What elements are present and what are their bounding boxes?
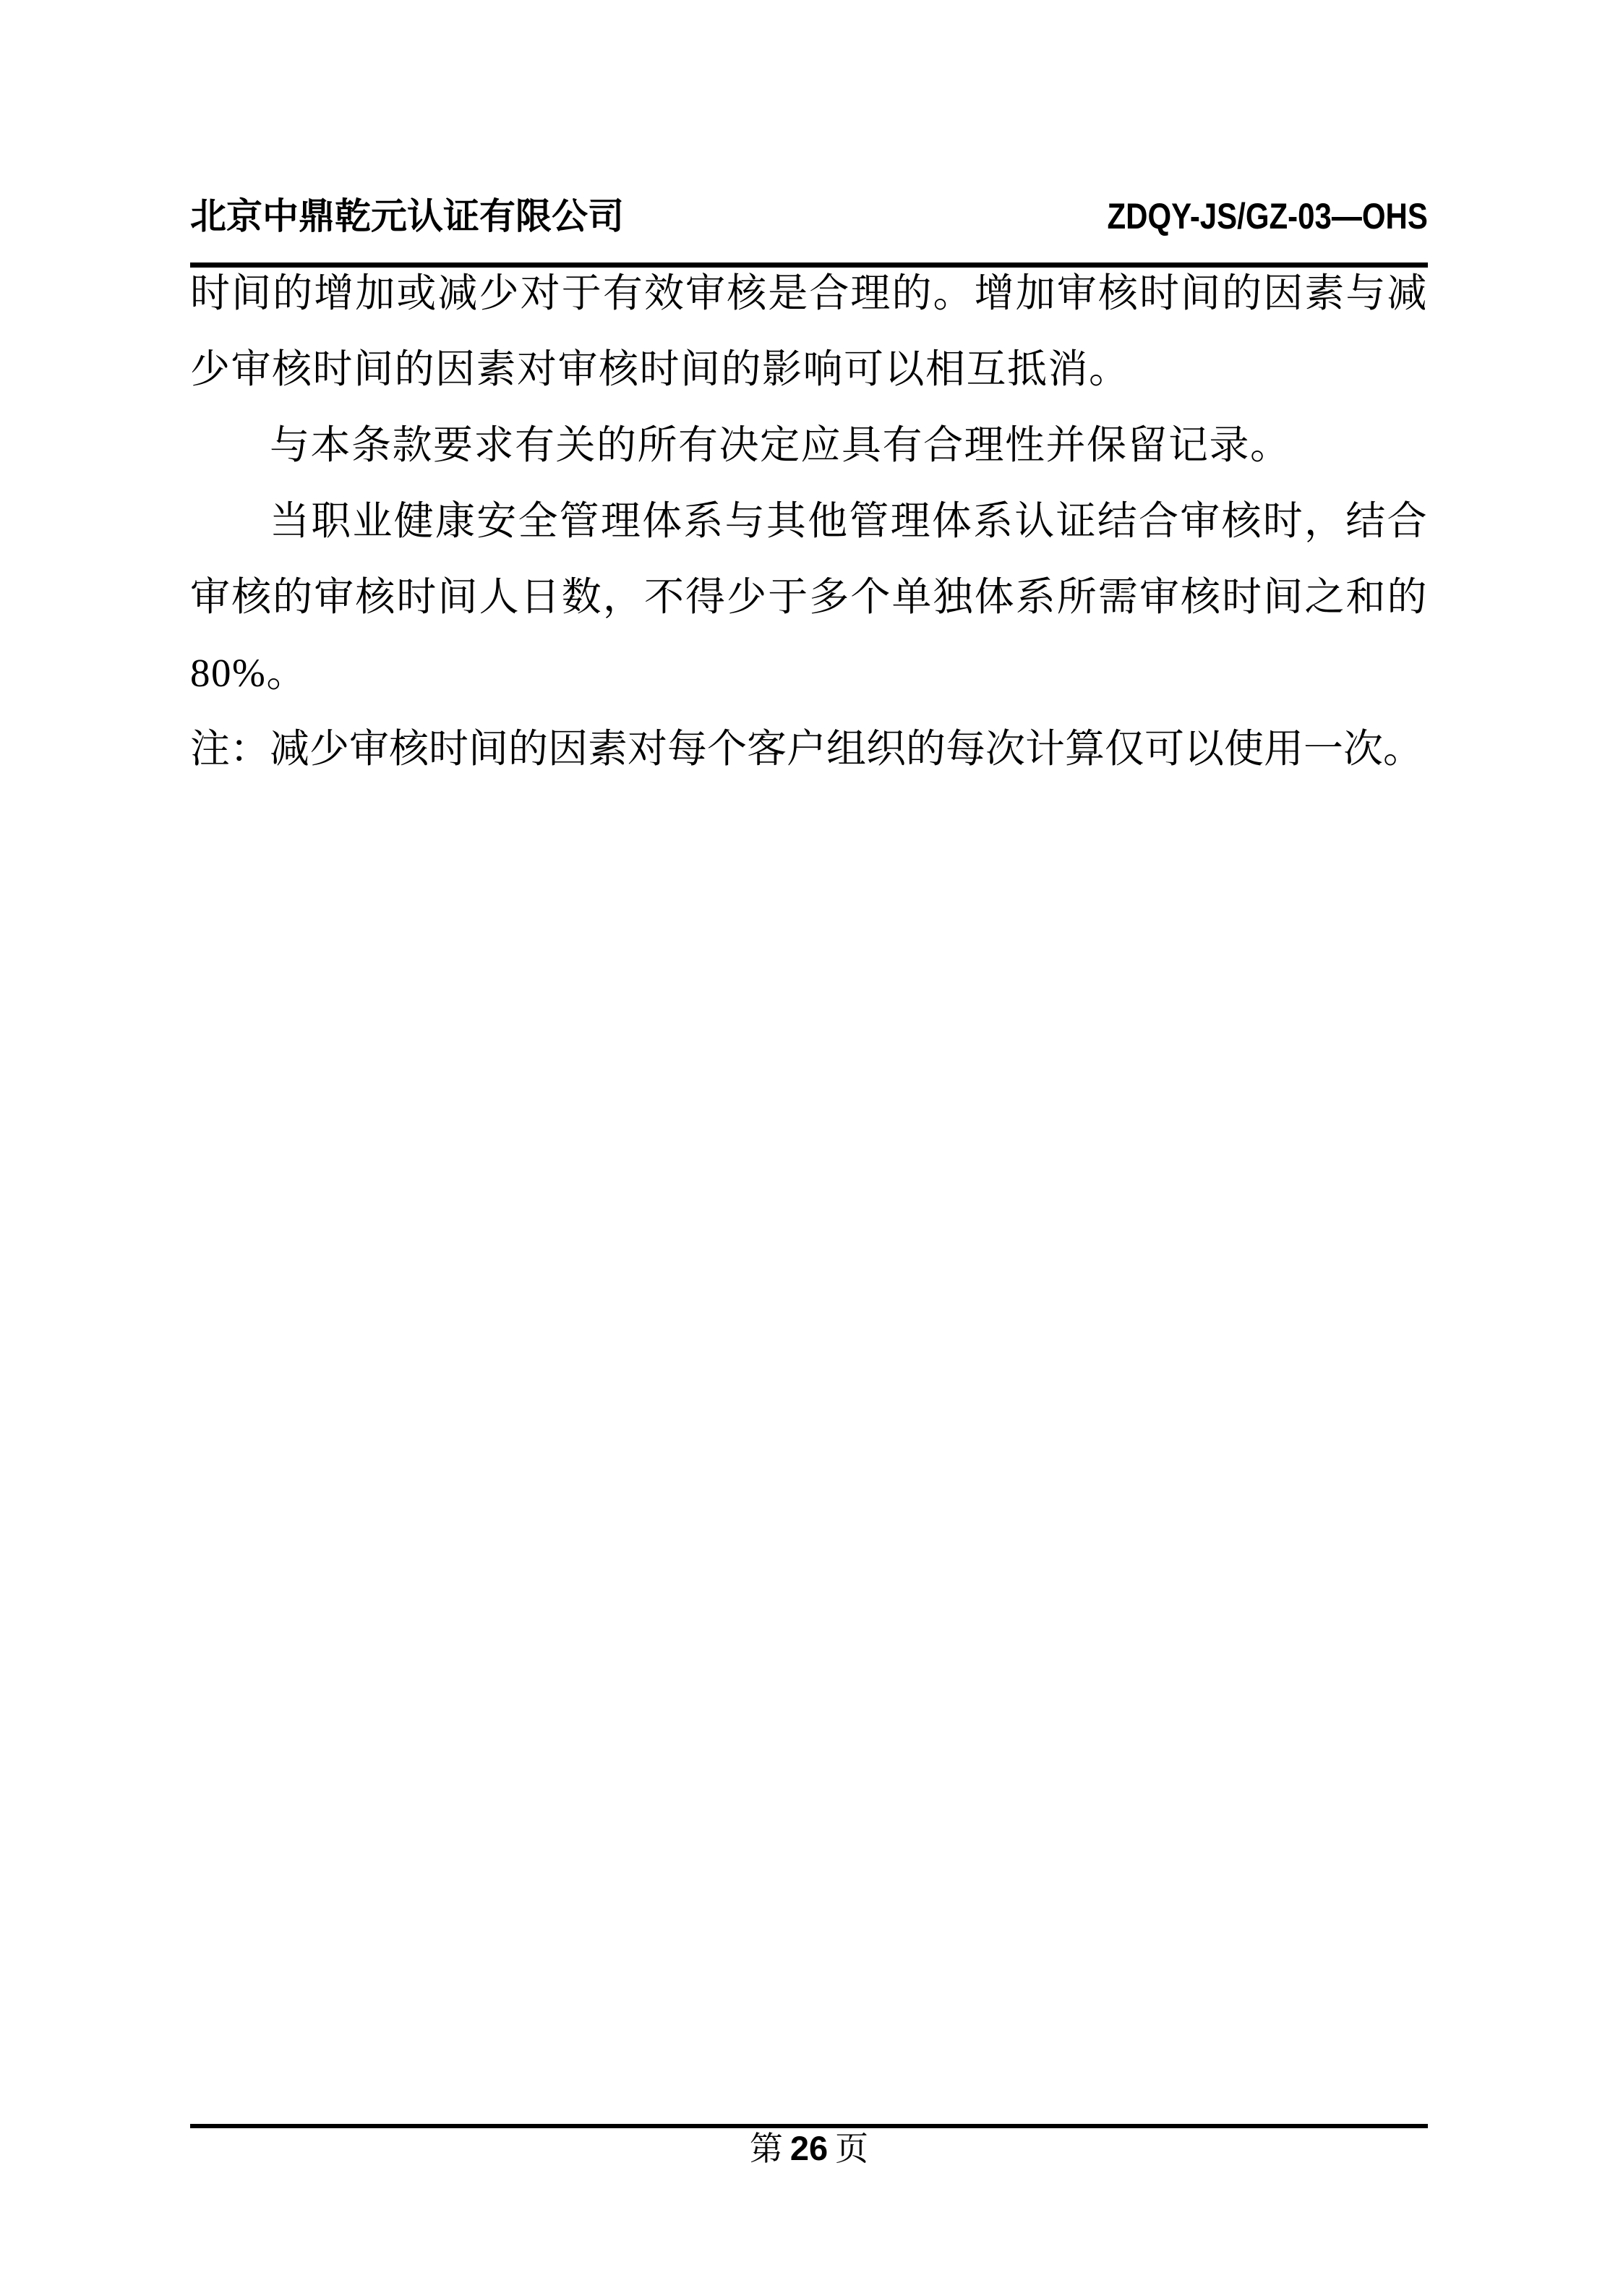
document-page: 北京中鼎乾元认证有限公司 ZDQY-JS/GZ-03—OHS 时间的增加或减少对… [0,0,1618,2296]
body-paragraph: 时间的增加或减少对于有效审核是合理的。增加审核时间的因素与减少审核时间的因素对审… [190,255,1428,407]
document-code: ZDQY-JS/GZ-03—OHS [1108,195,1428,237]
body-paragraph-note: 注：减少审核时间的因素对每个客户组织的每次计算仅可以使用一次。 [190,711,1428,787]
document-body: 时间的增加或减少对于有效审核是合理的。增加审核时间的因素与减少审核时间的因素对审… [190,255,1428,787]
body-paragraph: 当职业健康安全管理体系与其他管理体系认证结合审核时，结合审核的审核时间人日数，不… [190,483,1428,711]
page-number-suffix: 页 [835,2130,868,2167]
page-number-prefix: 第 [750,2130,783,2167]
page-header: 北京中鼎乾元认证有限公司 ZDQY-JS/GZ-03—OHS [190,195,1428,237]
page-number: 26 [783,2129,835,2167]
footer-rule [190,2124,1428,2128]
company-name: 北京中鼎乾元认证有限公司 [190,195,624,237]
body-paragraph: 与本条款要求有关的所有决定应具有合理性并保留记录。 [190,407,1428,483]
page-footer: 第26页 [190,2130,1428,2167]
